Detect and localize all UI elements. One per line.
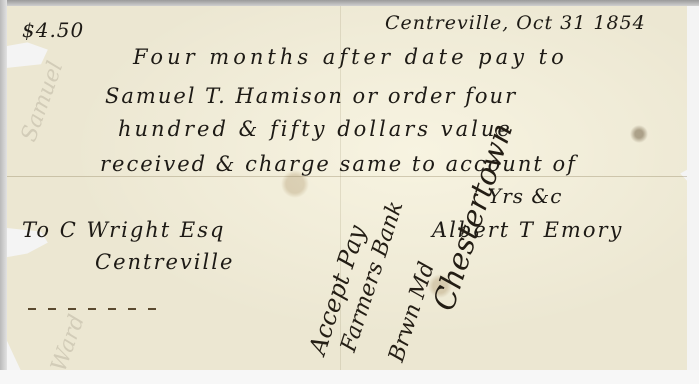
fold-crease-horizontal bbox=[7, 176, 687, 177]
addressee-town: Centreville bbox=[95, 250, 234, 274]
addressee-name: To C Wright Esq bbox=[22, 218, 225, 242]
scanner-bed-bottom bbox=[0, 370, 699, 384]
place-and-date: Centreville, Oct 31 1854 bbox=[385, 12, 646, 34]
scanner-border-left bbox=[0, 0, 7, 384]
dashed-line-mark bbox=[28, 308, 158, 310]
body-line-2: Samuel T. Hamison or order four bbox=[105, 84, 517, 108]
scanner-border-top bbox=[0, 0, 699, 6]
note-amount: $4.50 bbox=[22, 18, 84, 42]
body-line-3: hundred & fifty dollars value bbox=[118, 117, 513, 141]
body-line-1: Four months after date pay to bbox=[133, 45, 568, 69]
